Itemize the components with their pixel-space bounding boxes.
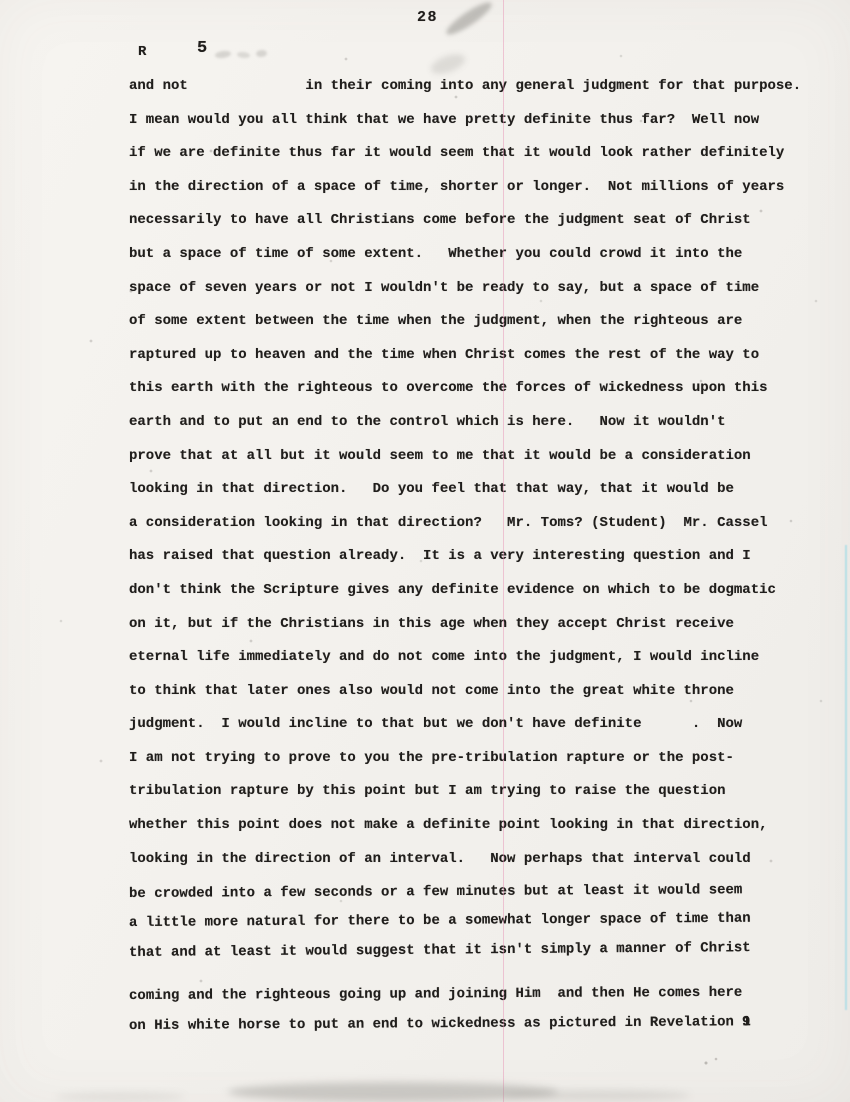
pink-margin-line (503, 0, 504, 1102)
body-line: has raised that question already. It is … (129, 540, 829, 574)
smudge-bottom (228, 1082, 558, 1102)
pencil-smudge-top (443, 0, 495, 39)
body-line: judgment. I would incline to that but we… (129, 708, 829, 742)
body-line: I am not trying to prove to you the pre-… (129, 742, 829, 776)
typed-body: and not in their coming into any general… (129, 70, 829, 1042)
body-line: this earth with the righteous to overcom… (129, 372, 829, 406)
scan-noise-speckles (0, 0, 2, 2)
body-line: looking in that direction. Do you feel t… (129, 473, 829, 507)
body-line: tribulation rapture by this point but I … (129, 775, 829, 809)
body-line: looking in the direction of an interval.… (129, 843, 829, 877)
body-line: on it, but if the Christians in this age… (129, 608, 829, 642)
page-number: 28 (417, 9, 438, 26)
header-numeral: 5 (197, 39, 207, 58)
body-line: of some extent between the time when the… (129, 305, 829, 339)
cyan-scan-line (845, 545, 847, 1010)
body-line: prove that at all but it would seem to m… (129, 440, 829, 474)
body-line: I mean would you all think that we have … (129, 104, 829, 138)
body-line: to think that later ones also would not … (129, 675, 829, 709)
body-line: that and at least it would suggest that … (129, 933, 829, 968)
scanned-page: 28 R 5 and not in their coming into any … (0, 0, 850, 1102)
smudge-bottom-left (55, 1092, 185, 1102)
body-line: but a space of time of some extent. Whet… (129, 238, 829, 272)
body-line: don't think the Scripture gives any defi… (129, 574, 829, 608)
body-line: space of seven years or not I wouldn't b… (129, 272, 829, 306)
body-line: whether this point does not make a defin… (129, 809, 829, 843)
body-line: if we are definite thus far it would see… (129, 137, 829, 171)
smudge-bottom-wisp (505, 1090, 690, 1101)
body-line-last-text: on His white horse to put an end to wick… (129, 1015, 742, 1035)
pencil-annotation (215, 48, 275, 62)
body-line: coming and the righteous going up and jo… (129, 978, 829, 1012)
body-line: and not in their coming into any general… (129, 70, 829, 104)
body-line-last: on His white horse to put an end to wick… (129, 1007, 829, 1042)
body-line: a consideration looking in that directio… (129, 507, 829, 541)
body-line: earth and to put an end to the control w… (129, 406, 829, 440)
body-line: necessarily to have all Christians come … (129, 204, 829, 238)
header-letter: R (138, 44, 146, 60)
body-line: raptured up to heaven and the time when … (129, 339, 829, 373)
body-line: in the direction of a space of time, sho… (129, 171, 829, 205)
body-line: eternal life immediately and do not come… (129, 641, 829, 675)
